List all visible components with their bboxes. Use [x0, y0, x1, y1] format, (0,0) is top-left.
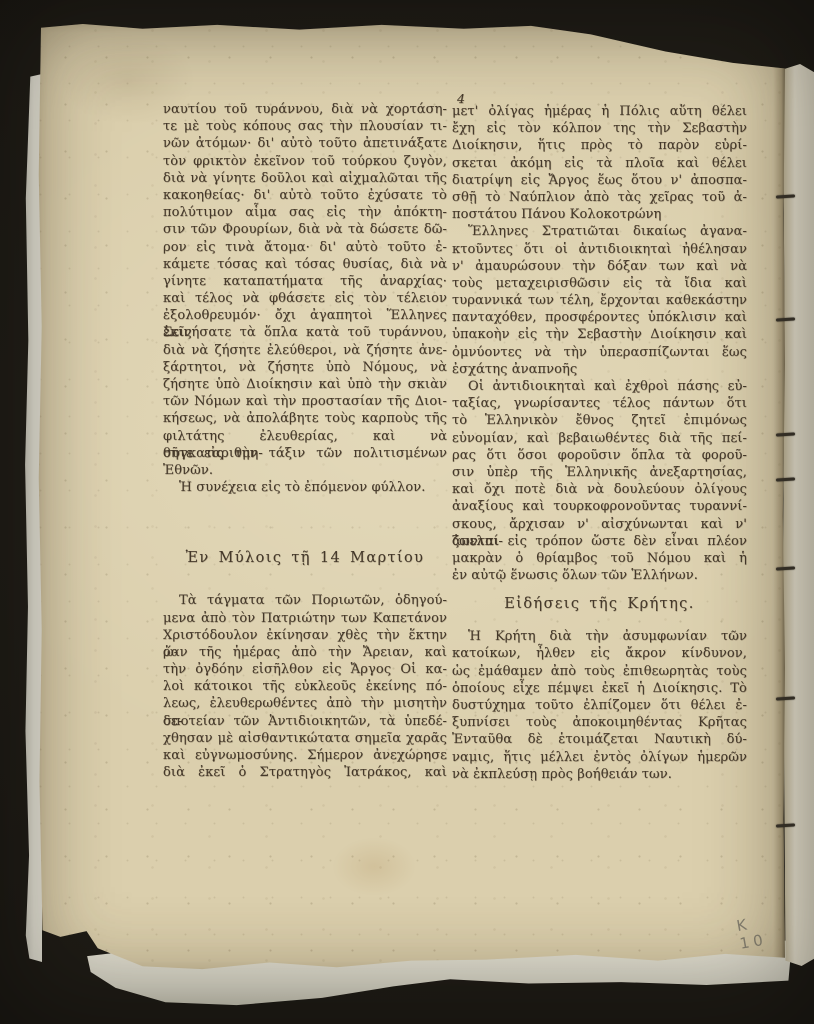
text-line: μακρὰν ὁ θρίαμβος τοῦ Νόμου καὶ ἡ [452, 550, 747, 567]
text-line: ν' ἀμαυρώσουν τὴν δόξαν των καὶ νὰ [452, 258, 747, 275]
text-line: Οἱ ἀντιδιοικηταὶ καὶ ἐχθροὶ πάσης εὐ- [452, 378, 747, 395]
section-heading: Ἐν Μύλοις τῇ 14 Μαρτίου [163, 550, 447, 570]
text-line: διὰ νὰ ζήσητε ἐλεύθεροι, νὰ ζήσητε ἀνε- [163, 342, 447, 359]
underlying-sheet-left [24, 74, 42, 962]
document-page: 4 ναυτίου τοῦ τυράννου, διὰ νὰ χορτάση-τ… [38, 23, 785, 971]
text-line: ραν τῆς ἡμέρας ἀπὸ τὴν Ἄρειαν, καὶ [163, 644, 447, 661]
text-line: ἀναξίους καὶ τουρκοφρονοῦντας τυραννί- [452, 498, 747, 515]
pencil-annotation: K 10 [735, 909, 788, 953]
text-line: ἐκινήσατε τὰ ὅπλα κατὰ τοῦ τυράννου, [163, 324, 447, 341]
page-number: 4 [450, 91, 472, 106]
text-line: σποτείαν τῶν Ἀντιδιοικητῶν, τὰ ὑπεδέ- [163, 713, 447, 730]
text-line: σκεται ἀκόμη εἰς τὰ πλοῖα καὶ θέλει [452, 155, 747, 172]
text-line: καὶ ὄχι ποτὲ διὰ νὰ δουλεύουν ὀλίγους [452, 481, 747, 498]
text-line: σιν ὑπὲρ τῆς Ἑλληνικῆς ἀνεξαρτησίας, [452, 464, 747, 481]
text-line: ποστάτου Πάνου Κολοκοτρώνη [452, 206, 747, 223]
text-line: σθῇ τὸ Ναύπλιον ἀπὸ τὰς χεῖρας τοῦ ἀ- [452, 189, 747, 206]
text-line: λοὶ κάτοικοι τῆς εὐκλεοῦς ἐκείνης πό- [163, 678, 447, 695]
text-line: ζήσητε ὑπὸ Διοίκησιν καὶ ὑπὸ τὴν σκιὰν [163, 376, 447, 393]
text-line: χθησαν μὲ αἰσθαντικώτατα σημεῖα χαρᾶς [163, 730, 447, 747]
text-line: ἐν αὐτῷ ἕνωσις ὅλων τῶν Ἑλλήνων. [452, 567, 747, 584]
text-line: διὰ νὰ γίνητε δοῦλοι καὶ αἰχμαλῶται τῆς [163, 170, 447, 187]
text-line: καὶ εὐγνωμοσύνης. Σήμερον ἀνεχώρησε [163, 747, 447, 764]
text-line: Ἐθνῶν. [163, 462, 447, 479]
text-line: ἐσχάτης ἀναπνοῆς [452, 361, 747, 378]
text-line: τὸν φρικτὸν ἐκεῖνον τοῦ τούρκου ζυγὸν, [163, 153, 447, 170]
text-line: ρον εἰς τινὰ ἄτομα· δι' αὐτὸ τοῦτο ἐ- [163, 239, 447, 256]
text-line: τυραννικά των τέλη, ἔρχονται καθεκάστην [452, 292, 747, 309]
text-line: ταξίας, γνωρίσαντες τέλος πάντων ὅτι [452, 395, 747, 412]
column-left: ναυτίου τοῦ τυράννου, διὰ νὰ χορτάση-τε … [163, 101, 447, 781]
text-line: πολύτιμον αἷμα σας εἰς τὴν ἀπόκτη- [163, 204, 447, 221]
text-line: θῆτε εἰς τὴν τάξιν τῶν πολιτισμένων [163, 445, 447, 462]
text-line: τε μὲ τοὺς κόπους σας τὴν πλουσίαν τι- [163, 118, 447, 135]
text-line: κατοίκων, ἦλθεν εἰς ἄκρον κίνδυνον, [452, 645, 747, 662]
text-line: κάμετε τόσας καὶ τόσας θυσίας, διὰ νὰ [163, 256, 447, 273]
text-line: ξάρτητοι, νὰ ζήσητε ὑπὸ Νόμους, νὰ [163, 359, 447, 376]
section-heading: Εἰδήσεις τῆς Κρήτης. [452, 596, 747, 616]
text-line: ὑπακοὴν εἰς τὴν Σεβαστὴν Διοίκησιν καὶ [452, 326, 747, 343]
text-line: σκους, ἄρχισαν ν' αἰσχύνωνται καὶ ν' ἀπε… [452, 516, 747, 533]
text-line: Ἡ συνέχεια εἰς τὸ ἐπόμενον φύλλον. [163, 479, 447, 496]
text-line: ναμις, ἥτις μέλλει ἐντὸς ὀλίγων ἡμερῶν [452, 749, 747, 766]
text-line: εὐνομίαν, καὶ βεβαιωθέντες διὰ τῆς πεί- [452, 430, 747, 447]
column-right: μετ' ὀλίγας ἡμέρας ἡ Πόλις αὕτη θέλειἔχη… [452, 103, 747, 783]
text-line: κήσεως, νὰ ἀπολάβητε τοὺς καρποὺς τῆς [163, 410, 447, 427]
text-line: πανταχόθεν, προσφέροντες ὑπόκλισιν καὶ [452, 309, 747, 326]
text-line: διατρίψη εἰς Ἄργος ἕως ὅτου ν' ἀποσπα- [452, 172, 747, 189]
text-line: διὰ ἐκεῖ ὁ Στρατηγὸς Ἰατράκος, καὶ [163, 764, 447, 781]
text-line: σιν τῶν Φρουρίων, διὰ νὰ τὰ δώσετε δῶ- [163, 221, 447, 238]
text-line: Χριστόδουλον ἐκίνησαν χθὲς τὴν ἕκτην ὥ- [163, 627, 447, 644]
text-line: Διοίκησιν, ἥτις πρὸς τὸ παρὸν εὑρί- [452, 137, 747, 154]
text-line: ὡς ἐμάθαμεν ἀπὸ τοὺς ἐπιθεωρητὰς τοὺς [452, 663, 747, 680]
text-line: Ἡ Κρήτη διὰ τὴν ἀσυμφωνίαν τῶν [452, 628, 747, 645]
text-line: μενα ἀπὸ τὸν Πατριώτην των Καπετάνον [163, 610, 447, 627]
text-line: Ἐνταῦθα δὲ ἑτοιμάζεται Ναυτικὴ δύ- [452, 731, 747, 748]
text-line: δυστύχημα τοῦτο ἐλπίζομεν ὅτι θέλει ἐ- [452, 697, 747, 714]
text-line: ρας ὅτι ὅσοι φοροῦσιν ὅπλα τὰ φοροῦ- [452, 447, 747, 464]
text-line: ἔχη εἰς τὸν κόλπον της τὴν Σεβαστὴν [452, 120, 747, 137]
text-line: λεως, ἐλευθερωθέντες ἀπὸ τὴν μισητὴν δε- [163, 695, 447, 712]
text-line: ὁποίους εἶχε πέμψει ἐκεῖ ἡ Διοίκησις. Τὸ [452, 680, 747, 697]
text-line: μετ' ὀλίγας ἡμέρας ἡ Πόλις αὕτη θέλει [452, 103, 747, 120]
text-line: ξυπνίσει τοὺς ἀποκοιμηθέντας Κρῆτας [452, 714, 747, 731]
text-line: τὸ Ἑλληνικὸν ἔθνος ζητεῖ ἐπιμόνως [452, 412, 747, 429]
text-line: Ἕλληνες Στρατιῶται δικαίως ἀγανα- [452, 223, 747, 240]
text-line: ναυτίου τοῦ τυράννου, διὰ νὰ χορτάση- [163, 101, 447, 118]
scan-backdrop: 4 ναυτίου τοῦ τυράννου, διὰ νὰ χορτάση-τ… [0, 0, 814, 1024]
text-line: νῶν ἀτόμων· δι' αὐτὸ τοῦτο ἀπετινάξατε [163, 135, 447, 152]
adjacent-page-edge [783, 64, 814, 966]
text-line: ἐξολοθρευμόν· ὄχι ἀγαπητοὶ Ἕλληνες Σεῖς [163, 307, 447, 324]
text-line: γίνητε καταπατήματα τῆς ἀναρχίας· [163, 273, 447, 290]
text-line: τὴν ὀγδόην εἰσῆλθον εἰς Ἄργος Οἱ κα- [163, 661, 447, 678]
text-line: κτοῦντες ὅτι οἱ ἀντιδιοικηταὶ ἠθέλησαν [452, 241, 747, 258]
text-line: νὰ ἐκπλεύσῃ πρὸς βοήθειάν των. [452, 766, 747, 783]
text-line: φιλτάτης ἐλευθερίας, καὶ νὰ συγκαταριθμη… [163, 428, 447, 445]
text-line: κακοηθείας· δι' αὐτὸ τοῦτο ἐχύσατε τὸ [163, 187, 447, 204]
text-line: τοὺς μεταχειρισθῶσιν εἰς τὰ ἴδια καὶ [452, 275, 747, 292]
text-line: καὶ τέλος νὰ φθάσετε εἰς τὸν τέλειον [163, 290, 447, 307]
text-line: Τὰ τάγματα τῶν Ποριωτῶν, ὁδηγού- [163, 592, 447, 609]
text-line: ζωνται εἰς τρόπον ὥστε δὲν εἶναι πλέον [452, 533, 747, 550]
text-line: ὀμνύοντες νὰ τὴν ὑπερασπίζωνται ἕως [452, 344, 747, 361]
text-line: τῶν Νόμων καὶ τὴν προστασίαν τῆς Διοι- [163, 393, 447, 410]
